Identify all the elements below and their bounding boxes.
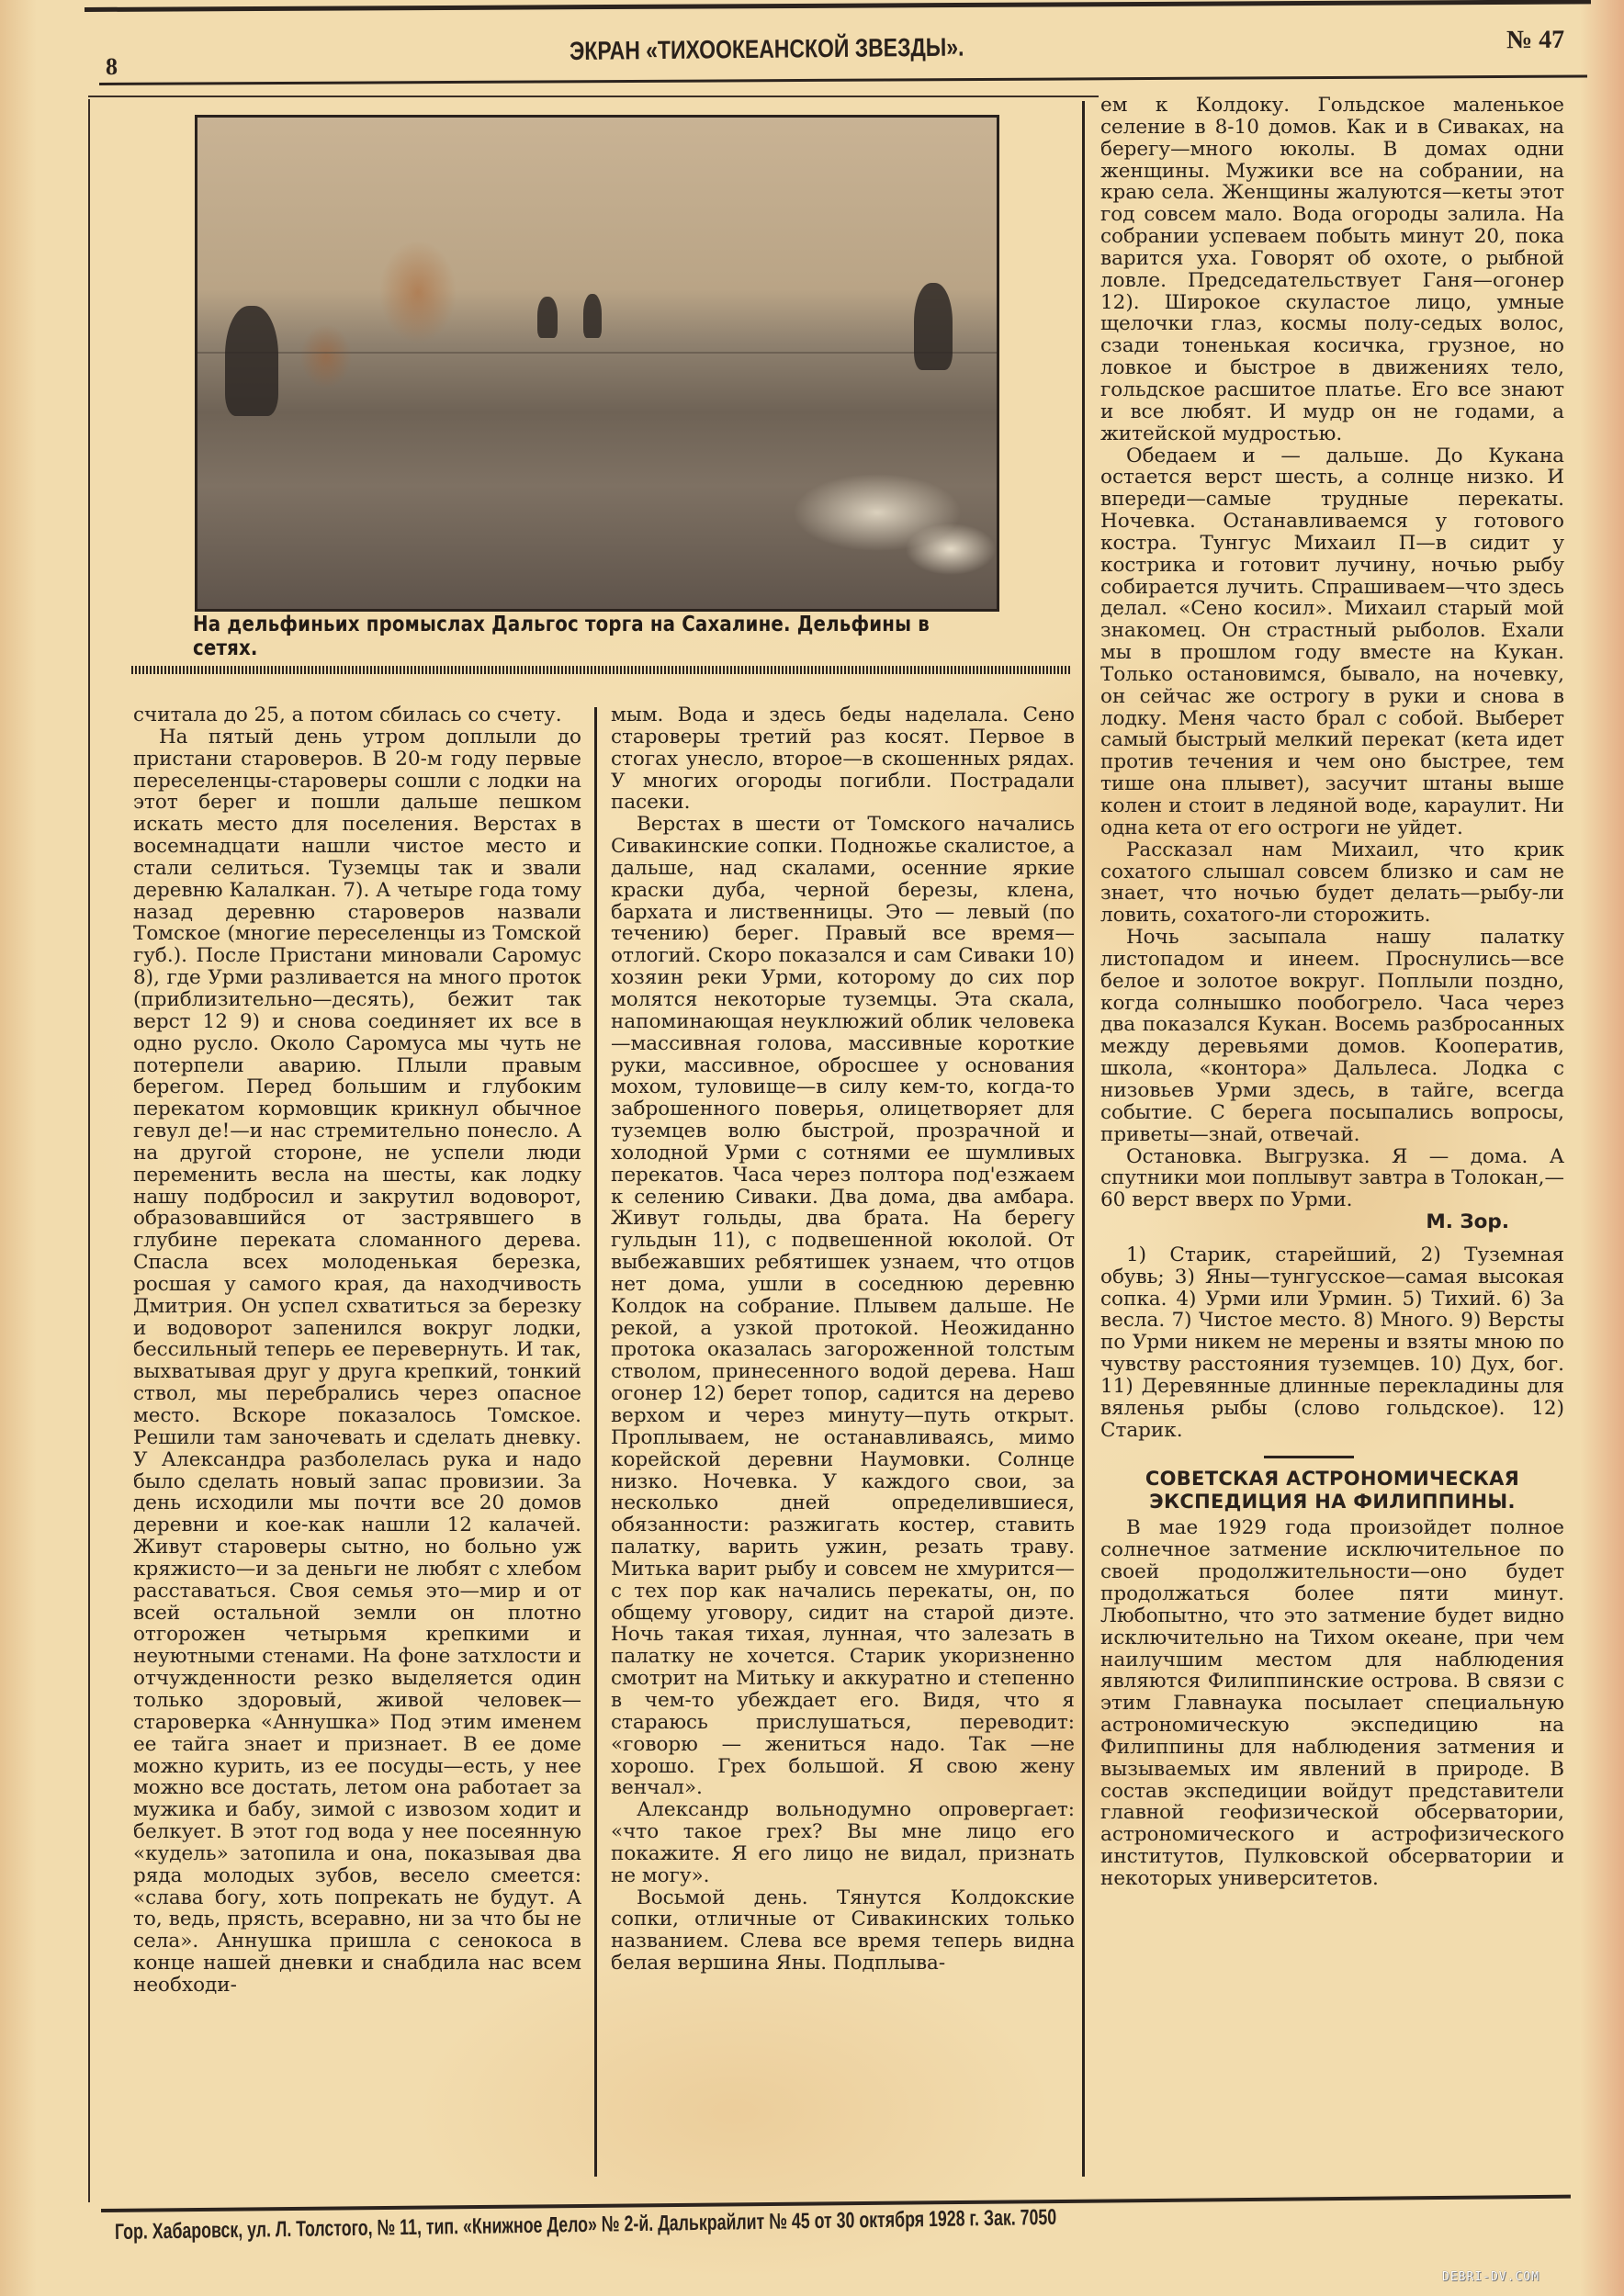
masthead-top-rule: [85, 0, 1591, 12]
printer-imprint: Гор. Хабаровск, ул. Л. Толстого, № 11, т…: [115, 2205, 1057, 2245]
page-number: 8: [106, 53, 118, 81]
paragraph: ем к Колдоку. Гольдское маленькое селени…: [1100, 95, 1564, 445]
second-article-body: В мае 1929 года произойдет полное солнеч…: [1100, 1517, 1564, 1889]
dolphin-fishing-photo: [195, 115, 999, 612]
photo-caption: На дельфиньих промыслах Дальгос торга на…: [193, 613, 983, 660]
paragraph: Остановка. Выгрузка. Я — дома. А спутник…: [1100, 1146, 1564, 1212]
issue-number: № 47: [1506, 26, 1564, 56]
page-frame-top: [88, 96, 1099, 97]
page-frame-left: [88, 99, 90, 2202]
article-column-2: мым. Вода и здесь беды наделала. Сено ст…: [611, 704, 1075, 1975]
author-signature: М. Зор.: [1100, 1211, 1564, 1233]
paragraph: считала до 25, а потом сбилась со счету.: [133, 704, 581, 726]
column-rule: [594, 707, 597, 2177]
sea-horizon: [197, 352, 997, 354]
article-separator: [1264, 1456, 1354, 1458]
column-rule: [1082, 101, 1085, 2177]
fisherman-figure: [914, 283, 953, 370]
caption-divider: [131, 666, 1071, 674]
paragraph: Восьмой день. Тянутся Колдокские сопки, …: [611, 1887, 1075, 1975]
article-heading: СОВЕТСКАЯ АСТРОНОМИЧЕСКАЯ ЭКСПЕДИЦИЯ НА …: [1100, 1468, 1564, 1514]
paragraph: На пятый день утром доплыли до пристани …: [133, 726, 581, 1997]
site-watermark: DEBRI-DV.COM: [1442, 2270, 1539, 2284]
heading-line-2: ЭКСПЕДИЦИЯ НА ФИЛИППИНЫ.: [1100, 1491, 1564, 1514]
paragraph: Верстах в шести от Томского начались Сив…: [611, 814, 1075, 1799]
newspaper-title: ЭКРАН «ТИХООКЕАНСКОЙ ЗВЕЗДЫ».: [570, 33, 964, 66]
paragraph: мым. Вода и здесь беды наделала. Сено ст…: [611, 704, 1075, 814]
paragraph: Обедаем и — дальше. До Кукана остается в…: [1100, 445, 1564, 839]
fisherman-figure: [225, 306, 278, 416]
masthead-bottom-rule: [99, 75, 1587, 85]
footnotes: 1) Старик, старейший, 2) Туземная обувь;…: [1100, 1244, 1564, 1442]
paragraph: Ночь засыпала нашу палатку листопадом и …: [1100, 927, 1564, 1145]
paragraph: Александр вольнодумно опровергает: «что …: [611, 1799, 1075, 1886]
fisherman-figure: [537, 297, 558, 338]
heading-line-1: СОВЕТСКАЯ АСТРОНОМИЧЕСКАЯ: [1100, 1468, 1564, 1491]
paragraph: Рассказал нам Михаил, что крик сохатого …: [1100, 839, 1564, 927]
article-column-1: считала до 25, а потом сбилась со счету.…: [133, 704, 581, 1997]
article-column-3: ем к Колдоку. Гольдское маленькое селени…: [1100, 95, 1564, 1890]
fisherman-figure: [583, 294, 602, 338]
